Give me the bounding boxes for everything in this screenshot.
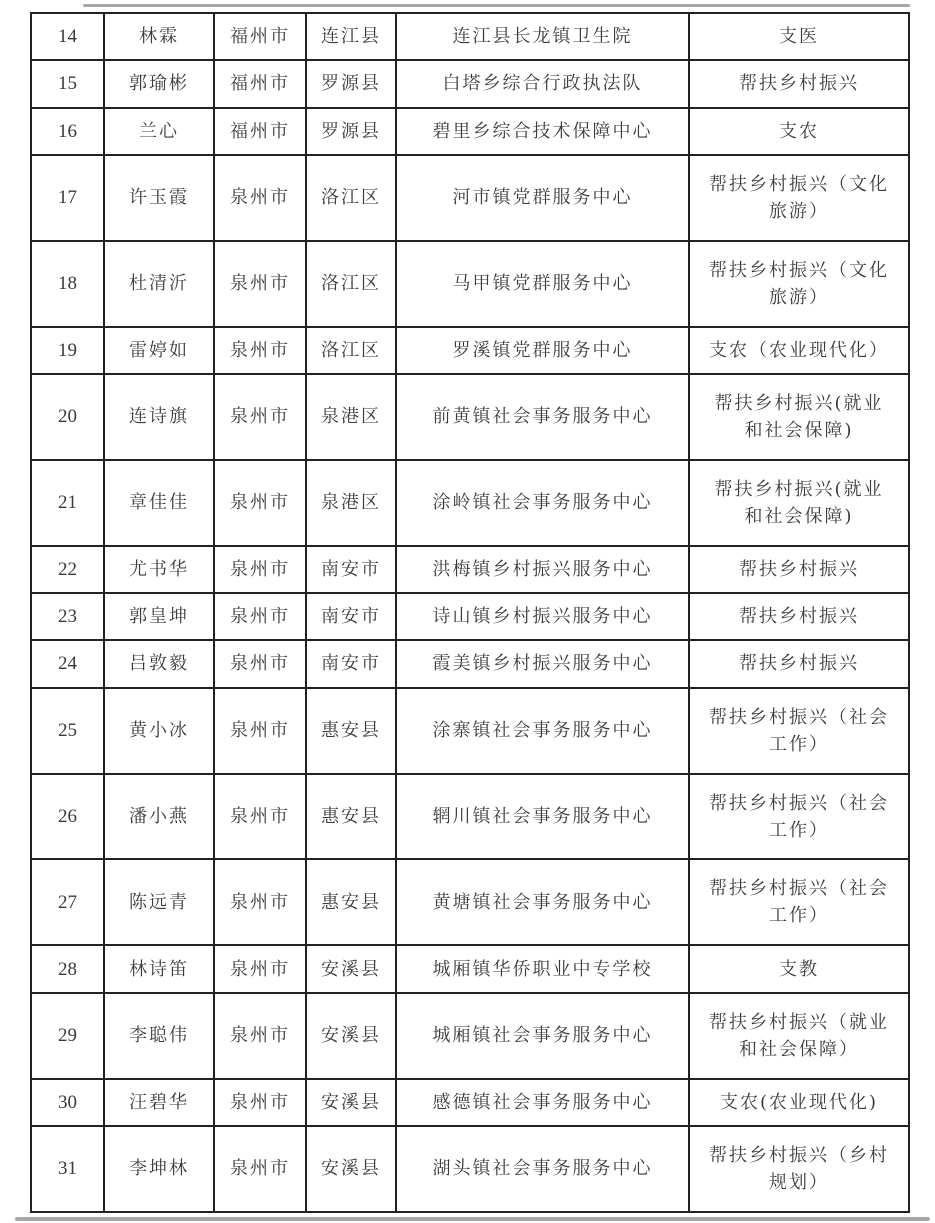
cell-city: 泉州市 <box>214 460 306 546</box>
cell-service-unit: 前黄镇社会事务服务中心 <box>396 374 689 460</box>
cell-county: 南安市 <box>306 593 396 640</box>
cell-city: 福州市 <box>214 60 306 107</box>
cell-county: 泉港区 <box>306 460 396 546</box>
cell-service-type: 帮扶乡村振兴 <box>689 640 909 687</box>
cell-service-type: 帮扶乡村振兴（就业 和社会保障） <box>689 993 909 1079</box>
cell-county: 安溪县 <box>306 993 396 1079</box>
cell-city: 泉州市 <box>214 859 306 945</box>
cell-county: 安溪县 <box>306 1126 396 1212</box>
cell-row-number: 21 <box>31 460 104 546</box>
cell-service-type: 帮扶乡村振兴 <box>689 546 909 593</box>
cell-row-number: 28 <box>31 945 104 992</box>
personnel-assignment-table: 14 林霖 福州市 连江县 连江县长龙镇卫生院 支医 15 郭瑜彬 福州市 罗源… <box>30 12 910 1213</box>
cell-person-name: 林诗笛 <box>104 945 214 992</box>
cell-county: 安溪县 <box>306 945 396 992</box>
cell-service-type: 帮扶乡村振兴 <box>689 60 909 107</box>
cell-county: 罗源县 <box>306 108 396 155</box>
cell-person-name: 潘小燕 <box>104 774 214 860</box>
cell-row-number: 26 <box>31 774 104 860</box>
cell-row-number: 29 <box>31 993 104 1079</box>
cell-row-number: 31 <box>31 1126 104 1212</box>
cell-person-name: 李坤林 <box>104 1126 214 1212</box>
cell-person-name: 雷婷如 <box>104 327 214 374</box>
cell-county: 洛江区 <box>306 155 396 241</box>
cell-service-unit: 河市镇党群服务中心 <box>396 155 689 241</box>
table-row: 18 杜清沂 泉州市 洛江区 马甲镇党群服务中心 帮扶乡村振兴（文化 旅游） <box>31 241 909 327</box>
cell-service-unit: 碧里乡综合技术保障中心 <box>396 108 689 155</box>
cell-service-type: 支农(农业现代化) <box>689 1079 909 1126</box>
cell-person-name: 郭皇坤 <box>104 593 214 640</box>
cell-county: 南安市 <box>306 546 396 593</box>
table-row: 19 雷婷如 泉州市 洛江区 罗溪镇党群服务中心 支农（农业现代化） <box>31 327 909 374</box>
table-row: 27 陈远青 泉州市 惠安县 黄塘镇社会事务服务中心 帮扶乡村振兴（社会 工作） <box>31 859 909 945</box>
cell-city: 泉州市 <box>214 1126 306 1212</box>
cell-county: 惠安县 <box>306 688 396 774</box>
cell-service-unit: 城厢镇社会事务服务中心 <box>396 993 689 1079</box>
cell-county: 惠安县 <box>306 774 396 860</box>
cell-service-unit: 马甲镇党群服务中心 <box>396 241 689 327</box>
cell-person-name: 林霖 <box>104 13 214 60</box>
cell-county: 泉港区 <box>306 374 396 460</box>
cell-city: 泉州市 <box>214 327 306 374</box>
cell-row-number: 27 <box>31 859 104 945</box>
cell-county: 连江县 <box>306 13 396 60</box>
table-row: 23 郭皇坤 泉州市 南安市 诗山镇乡村振兴服务中心 帮扶乡村振兴 <box>31 593 909 640</box>
cell-service-unit: 感德镇社会事务服务中心 <box>396 1079 689 1126</box>
cell-city: 泉州市 <box>214 640 306 687</box>
cell-service-type: 支农（农业现代化） <box>689 327 909 374</box>
cell-row-number: 17 <box>31 155 104 241</box>
table-row: 22 尤书华 泉州市 南安市 洪梅镇乡村振兴服务中心 帮扶乡村振兴 <box>31 546 909 593</box>
cell-service-unit: 洪梅镇乡村振兴服务中心 <box>396 546 689 593</box>
cell-person-name: 李聪伟 <box>104 993 214 1079</box>
cell-service-unit: 罗溪镇党群服务中心 <box>396 327 689 374</box>
cell-row-number: 25 <box>31 688 104 774</box>
cell-service-unit: 城厢镇华侨职业中专学校 <box>396 945 689 992</box>
cell-city: 泉州市 <box>214 155 306 241</box>
cell-city: 福州市 <box>214 13 306 60</box>
cell-service-type: 帮扶乡村振兴（社会 工作） <box>689 688 909 774</box>
table-row: 20 连诗旗 泉州市 泉港区 前黄镇社会事务服务中心 帮扶乡村振兴(就业 和社会… <box>31 374 909 460</box>
cell-city: 泉州市 <box>214 546 306 593</box>
cell-service-type: 帮扶乡村振兴(就业 和社会保障) <box>689 460 909 546</box>
cell-service-type: 支医 <box>689 13 909 60</box>
cell-service-unit: 诗山镇乡村振兴服务中心 <box>396 593 689 640</box>
table-row: 16 兰心 福州市 罗源县 碧里乡综合技术保障中心 支农 <box>31 108 909 155</box>
scan-artifact-top-line <box>83 4 910 7</box>
cell-city: 泉州市 <box>214 593 306 640</box>
cell-service-unit: 白塔乡综合行政执法队 <box>396 60 689 107</box>
table-row: 29 李聪伟 泉州市 安溪县 城厢镇社会事务服务中心 帮扶乡村振兴（就业 和社会… <box>31 993 909 1079</box>
cell-row-number: 22 <box>31 546 104 593</box>
cell-person-name: 许玉霞 <box>104 155 214 241</box>
cell-person-name: 黄小冰 <box>104 688 214 774</box>
cell-county: 洛江区 <box>306 241 396 327</box>
cell-row-number: 16 <box>31 108 104 155</box>
cell-row-number: 14 <box>31 13 104 60</box>
cell-county: 罗源县 <box>306 60 396 107</box>
cell-service-unit: 连江县长龙镇卫生院 <box>396 13 689 60</box>
cell-city: 泉州市 <box>214 688 306 774</box>
cell-service-type: 帮扶乡村振兴（社会 工作） <box>689 774 909 860</box>
cell-service-unit: 湖头镇社会事务服务中心 <box>396 1126 689 1212</box>
cell-person-name: 兰心 <box>104 108 214 155</box>
table-row: 30 汪碧华 泉州市 安溪县 感德镇社会事务服务中心 支农(农业现代化) <box>31 1079 909 1126</box>
cell-row-number: 20 <box>31 374 104 460</box>
cell-row-number: 19 <box>31 327 104 374</box>
table-row: 14 林霖 福州市 连江县 连江县长龙镇卫生院 支医 <box>31 13 909 60</box>
cell-person-name: 尤书华 <box>104 546 214 593</box>
table-row: 17 许玉霞 泉州市 洛江区 河市镇党群服务中心 帮扶乡村振兴（文化 旅游） <box>31 155 909 241</box>
cell-county: 安溪县 <box>306 1079 396 1126</box>
cell-service-type: 帮扶乡村振兴（乡村 规划） <box>689 1126 909 1212</box>
table-row: 31 李坤林 泉州市 安溪县 湖头镇社会事务服务中心 帮扶乡村振兴（乡村 规划） <box>31 1126 909 1212</box>
cell-service-unit: 涂寨镇社会事务服务中心 <box>396 688 689 774</box>
cell-county: 南安市 <box>306 640 396 687</box>
table-row: 24 吕敦毅 泉州市 南安市 霞美镇乡村振兴服务中心 帮扶乡村振兴 <box>31 640 909 687</box>
cell-person-name: 汪碧华 <box>104 1079 214 1126</box>
cell-service-type: 支教 <box>689 945 909 992</box>
cell-service-type: 帮扶乡村振兴(就业 和社会保障) <box>689 374 909 460</box>
cell-person-name: 吕敦毅 <box>104 640 214 687</box>
cell-person-name: 连诗旗 <box>104 374 214 460</box>
table-row: 25 黄小冰 泉州市 惠安县 涂寨镇社会事务服务中心 帮扶乡村振兴（社会 工作） <box>31 688 909 774</box>
cell-row-number: 23 <box>31 593 104 640</box>
cell-service-unit: 黄塘镇社会事务服务中心 <box>396 859 689 945</box>
cell-service-unit: 辋川镇社会事务服务中心 <box>396 774 689 860</box>
cell-city: 泉州市 <box>214 945 306 992</box>
scan-artifact-bottom-line <box>15 1217 930 1221</box>
cell-service-type: 帮扶乡村振兴（文化 旅游） <box>689 241 909 327</box>
cell-row-number: 30 <box>31 1079 104 1126</box>
cell-service-type: 帮扶乡村振兴 <box>689 593 909 640</box>
cell-city: 泉州市 <box>214 241 306 327</box>
cell-city: 泉州市 <box>214 774 306 860</box>
cell-city: 福州市 <box>214 108 306 155</box>
cell-row-number: 15 <box>31 60 104 107</box>
cell-person-name: 章佳佳 <box>104 460 214 546</box>
cell-service-type: 帮扶乡村振兴（社会 工作） <box>689 859 909 945</box>
cell-city: 泉州市 <box>214 1079 306 1126</box>
table-row: 21 章佳佳 泉州市 泉港区 涂岭镇社会事务服务中心 帮扶乡村振兴(就业 和社会… <box>31 460 909 546</box>
cell-service-unit: 霞美镇乡村振兴服务中心 <box>396 640 689 687</box>
table-row: 28 林诗笛 泉州市 安溪县 城厢镇华侨职业中专学校 支教 <box>31 945 909 992</box>
cell-person-name: 陈远青 <box>104 859 214 945</box>
table-row: 26 潘小燕 泉州市 惠安县 辋川镇社会事务服务中心 帮扶乡村振兴（社会 工作） <box>31 774 909 860</box>
cell-row-number: 24 <box>31 640 104 687</box>
cell-person-name: 郭瑜彬 <box>104 60 214 107</box>
cell-row-number: 18 <box>31 241 104 327</box>
cell-service-type: 支农 <box>689 108 909 155</box>
cell-city: 泉州市 <box>214 993 306 1079</box>
cell-county: 惠安县 <box>306 859 396 945</box>
table-row: 15 郭瑜彬 福州市 罗源县 白塔乡综合行政执法队 帮扶乡村振兴 <box>31 60 909 107</box>
table-body: 14 林霖 福州市 连江县 连江县长龙镇卫生院 支医 15 郭瑜彬 福州市 罗源… <box>31 13 909 1212</box>
document-page: 14 林霖 福州市 连江县 连江县长龙镇卫生院 支医 15 郭瑜彬 福州市 罗源… <box>0 0 935 1223</box>
cell-service-unit: 涂岭镇社会事务服务中心 <box>396 460 689 546</box>
cell-service-type: 帮扶乡村振兴（文化 旅游） <box>689 155 909 241</box>
cell-county: 洛江区 <box>306 327 396 374</box>
cell-city: 泉州市 <box>214 374 306 460</box>
cell-person-name: 杜清沂 <box>104 241 214 327</box>
